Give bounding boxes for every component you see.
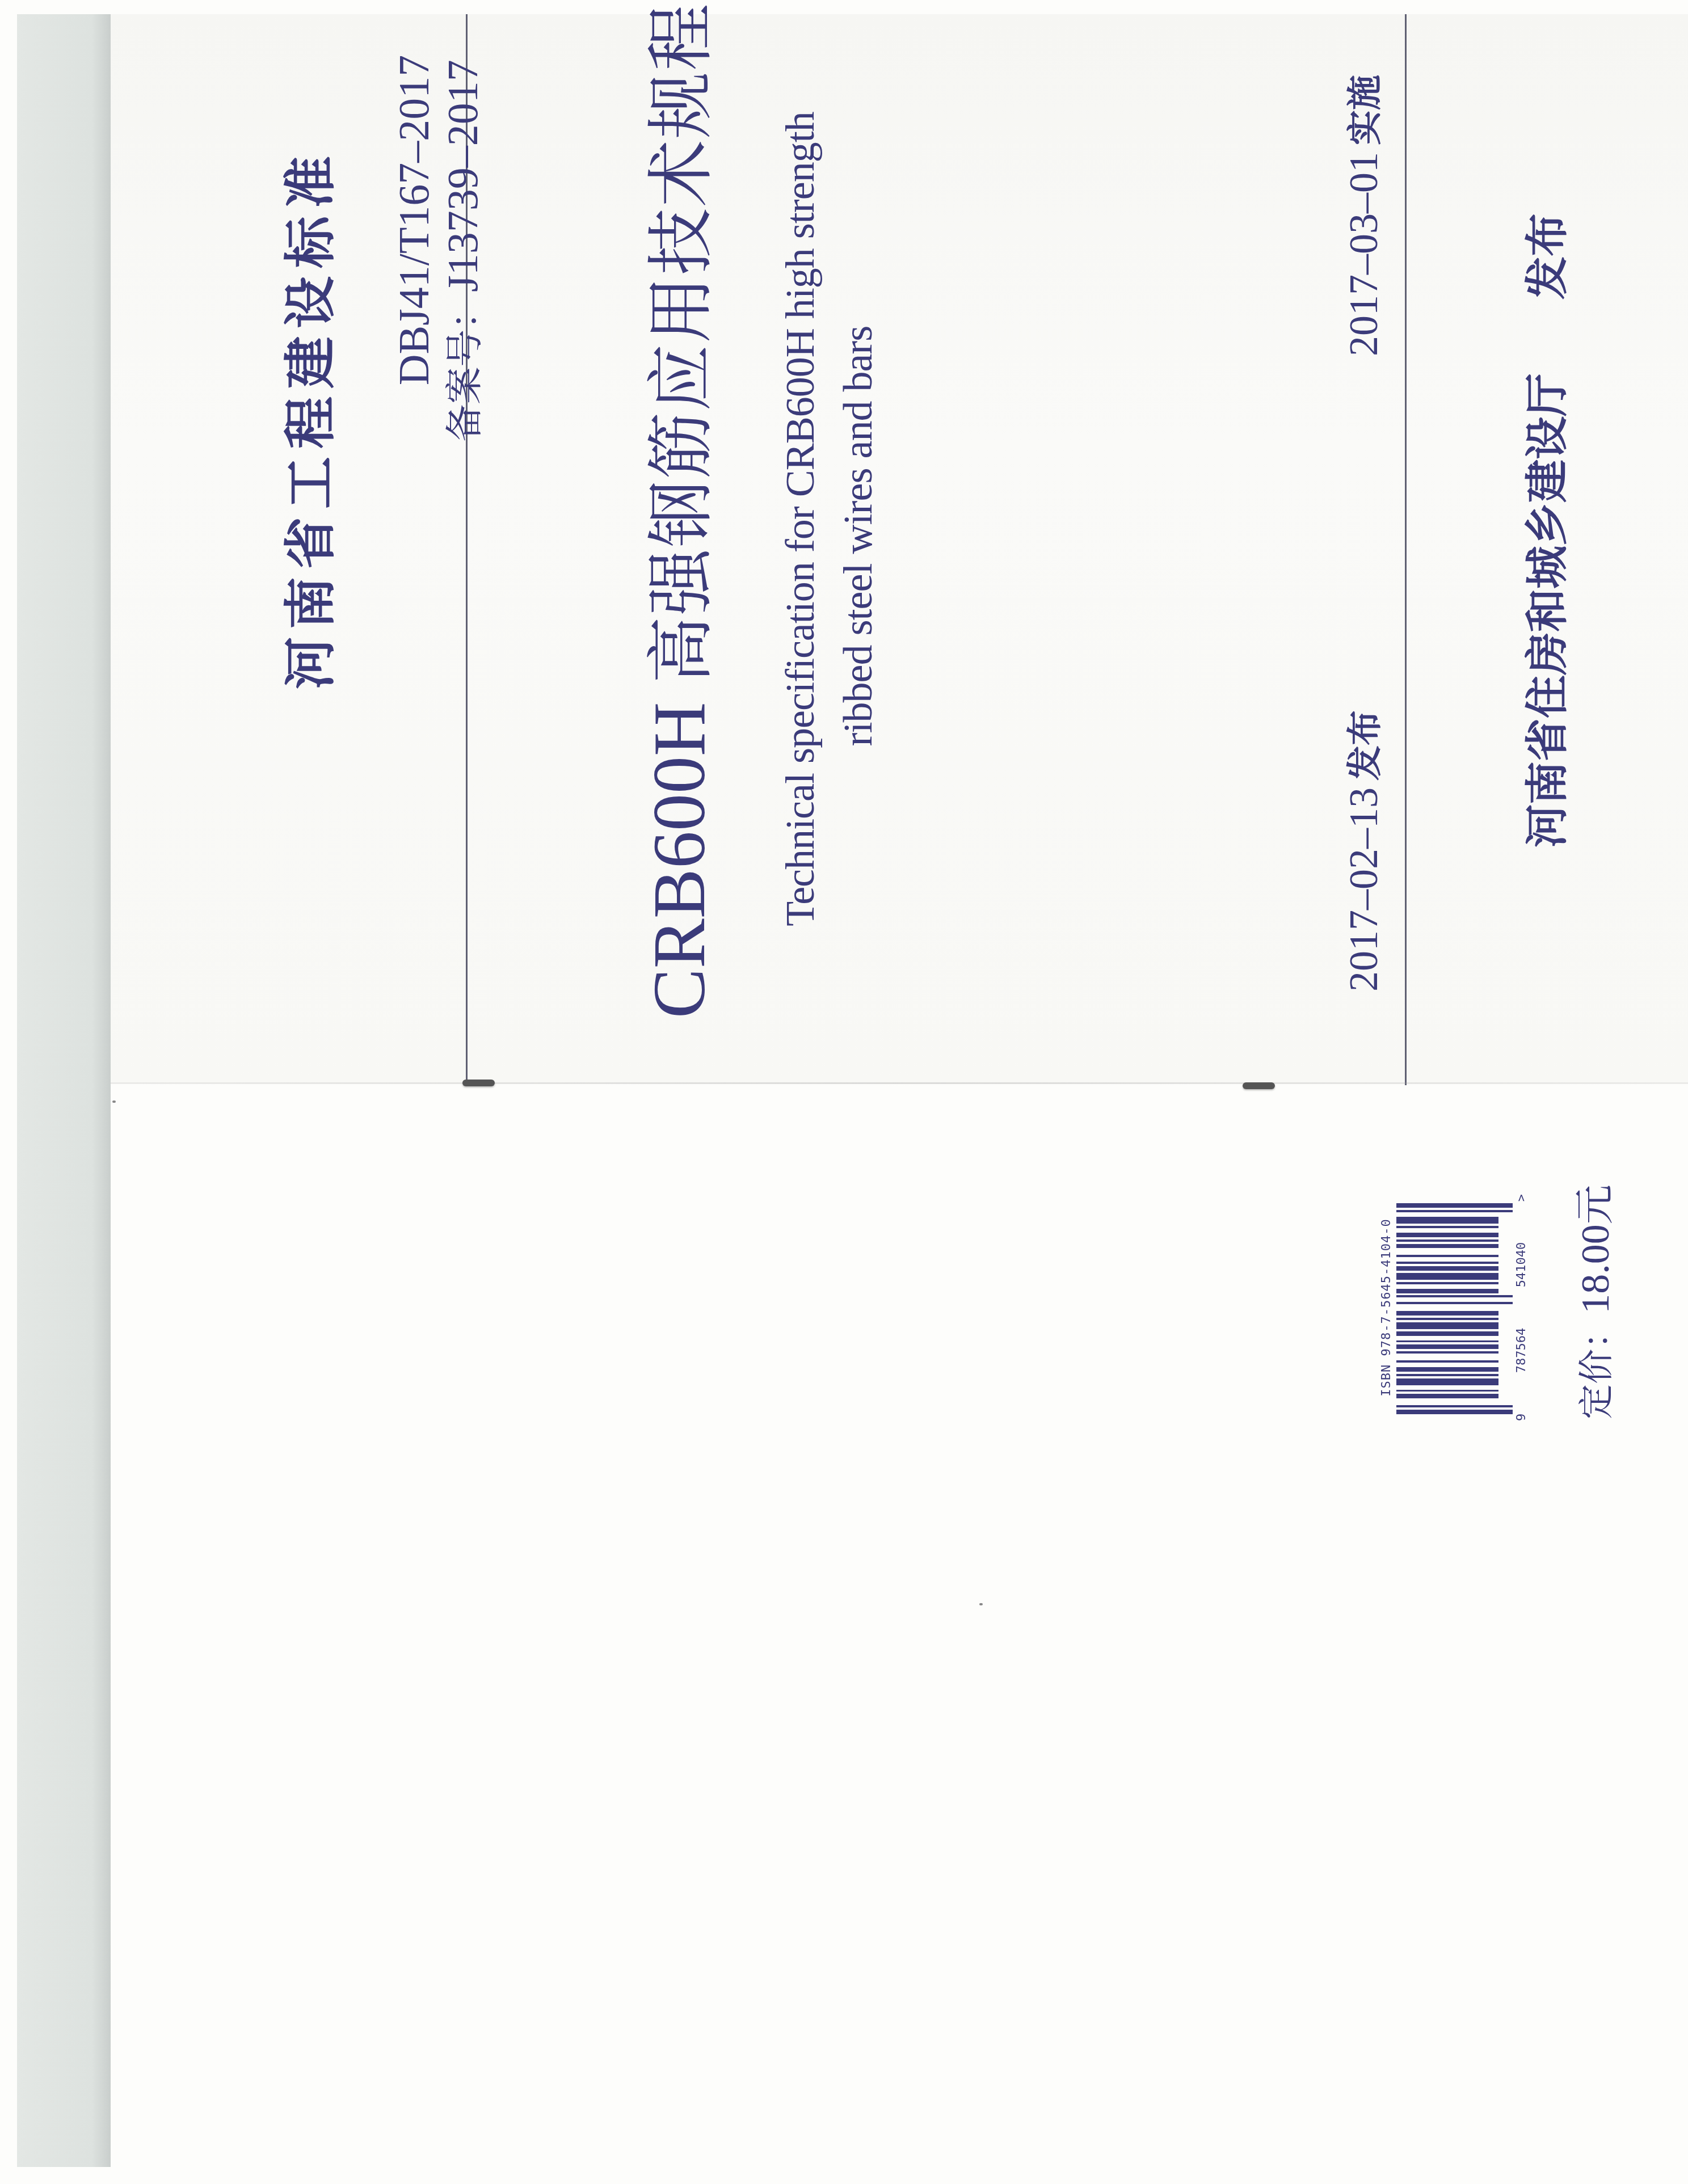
- barcode-bar: [1396, 1405, 1513, 1407]
- barcode-bar: [1396, 1239, 1498, 1242]
- barcode-bar: [1396, 1407, 1513, 1410]
- barcode-bar: [1396, 1224, 1513, 1226]
- barcode-bar: [1396, 1316, 1513, 1318]
- barcode-bar: [1396, 1262, 1498, 1264]
- price: 定价：18.00元: [1563, 1184, 1620, 1419]
- barcode-bar: [1396, 1344, 1498, 1349]
- barcode-bar: [1396, 1203, 1513, 1208]
- effective-date-value: 2017–03–01: [1341, 152, 1386, 356]
- isbn-barcode: ISBN 978-7-5645-4104-0 9787564541040>: [1379, 1194, 1533, 1421]
- barcode-bar: [1396, 1372, 1513, 1374]
- barcode-bar: [1396, 1304, 1513, 1311]
- publisher-action: 发布: [1522, 213, 1572, 300]
- effective-label: 实施: [1344, 75, 1386, 145]
- barcode-bar: [1396, 1293, 1513, 1296]
- title-prefix: CRB600H: [637, 702, 721, 1018]
- barcode-bar: [1396, 1410, 1513, 1414]
- barcode-bar: [1396, 1329, 1513, 1331]
- barcode-bar: [1396, 1257, 1513, 1262]
- barcode-bar: [1396, 1320, 1513, 1322]
- barcode-bar: [1396, 1212, 1513, 1217]
- barcode-bar: [1396, 1201, 1513, 1203]
- standard-series-heading: 河南省工程建设标准: [269, 148, 344, 689]
- cover-rule-right: [1405, 14, 1407, 1085]
- barcode-bar: [1396, 1374, 1498, 1376]
- barcode-bar: [1396, 1284, 1513, 1289]
- title-english-line-2: ribbed steel wires and bars: [835, 326, 882, 747]
- barcode-bar: [1396, 1394, 1498, 1398]
- publisher-name: 河南省住房和城乡建设厅: [1522, 373, 1572, 848]
- barcode-bar: [1396, 1271, 1513, 1273]
- barcode-bar: [1396, 1343, 1513, 1345]
- barcode-bar: [1396, 1392, 1513, 1394]
- barcode-bar: [1396, 1297, 1513, 1302]
- barcode-bar: [1396, 1360, 1498, 1363]
- barcode-bar: [1396, 1228, 1513, 1233]
- effective-date: 2017–03–01实施: [1337, 75, 1387, 356]
- barcode-bar: [1396, 1244, 1498, 1249]
- barcode-bar: [1396, 1367, 1498, 1372]
- barcode-bar: [1396, 1390, 1498, 1392]
- staple-icon: [1243, 1082, 1275, 1089]
- barcode-bar: [1396, 1264, 1513, 1266]
- barcode-bar: [1396, 1273, 1498, 1280]
- record-label: 备案号：: [443, 292, 486, 442]
- staple-icon: [462, 1080, 495, 1086]
- publisher: 河南省住房和城乡建设厅发布: [1513, 213, 1575, 848]
- barcode-bar: [1396, 1255, 1498, 1257]
- barcode-icon: [1396, 1201, 1513, 1414]
- barcode-bar: [1396, 1398, 1513, 1405]
- barcode-bar: [1396, 1266, 1498, 1271]
- scan-speck: [112, 1101, 116, 1103]
- barcode-bar: [1396, 1363, 1513, 1367]
- barcode-bar: [1396, 1289, 1498, 1293]
- record-number: 备案号：J13739–2017: [434, 60, 488, 442]
- isbn-text: ISBN 978-7-5645-4104-0: [1379, 1194, 1394, 1421]
- barcode-bar: [1396, 1349, 1513, 1351]
- ean-digit-group: 787564: [1514, 1328, 1529, 1373]
- barcode-bar: [1396, 1210, 1513, 1212]
- title-english-line-1: Technical specification for CRB600H high…: [777, 112, 824, 926]
- barcode-bar: [1396, 1282, 1498, 1284]
- price-label: 定价：: [1576, 1314, 1617, 1419]
- barcode-bar: [1396, 1351, 1498, 1354]
- cover-fold-line: [111, 1082, 1688, 1084]
- title-chinese: 高强钢筋应用技术规程: [642, 3, 720, 684]
- barcode-bar: [1396, 1322, 1498, 1329]
- barcode-bar: [1396, 1302, 1513, 1304]
- barcode-bar: [1396, 1217, 1498, 1224]
- standard-code: DBJ41/T167–2017: [390, 55, 439, 386]
- barcode-bar: [1396, 1242, 1513, 1244]
- barcode-bar: [1396, 1318, 1498, 1320]
- barcode-bar: [1396, 1226, 1498, 1228]
- barcode-bar: [1396, 1354, 1513, 1360]
- book-spine: [17, 14, 111, 2167]
- issue-label: 发布: [1344, 710, 1386, 781]
- barcode-bar: [1396, 1311, 1498, 1316]
- issue-date: 2017–02–13发布: [1337, 710, 1387, 992]
- barcode-bar: [1396, 1208, 1513, 1210]
- barcode-bar: [1396, 1331, 1498, 1336]
- barcode-bar: [1396, 1248, 1513, 1255]
- document-title: CRB600H 高强钢筋应用技术规程: [627, 3, 723, 1018]
- barcode-bar: [1396, 1233, 1498, 1237]
- ean-digit-group: 541040: [1514, 1242, 1529, 1287]
- barcode-bar: [1396, 1385, 1513, 1390]
- ean-digit-group: >: [1514, 1194, 1529, 1201]
- ean-digits: 9787564541040>: [1514, 1194, 1529, 1421]
- front-cover-area: [111, 14, 1688, 1083]
- price-value: 18.00元: [1574, 1184, 1618, 1314]
- barcode-bar: [1396, 1280, 1513, 1282]
- barcode-bar: [1396, 1237, 1513, 1239]
- barcode-bar: [1396, 1295, 1513, 1297]
- record-value: J13739–2017: [439, 60, 487, 292]
- barcode-bar: [1396, 1376, 1513, 1378]
- ean-digit-group: 9: [1514, 1414, 1529, 1421]
- barcode-bar: [1396, 1336, 1513, 1340]
- barcode-bar: [1396, 1378, 1498, 1385]
- issue-date-value: 2017–02–13: [1341, 787, 1386, 992]
- scan-speck: [979, 1603, 983, 1605]
- barcode-bar: [1396, 1340, 1498, 1343]
